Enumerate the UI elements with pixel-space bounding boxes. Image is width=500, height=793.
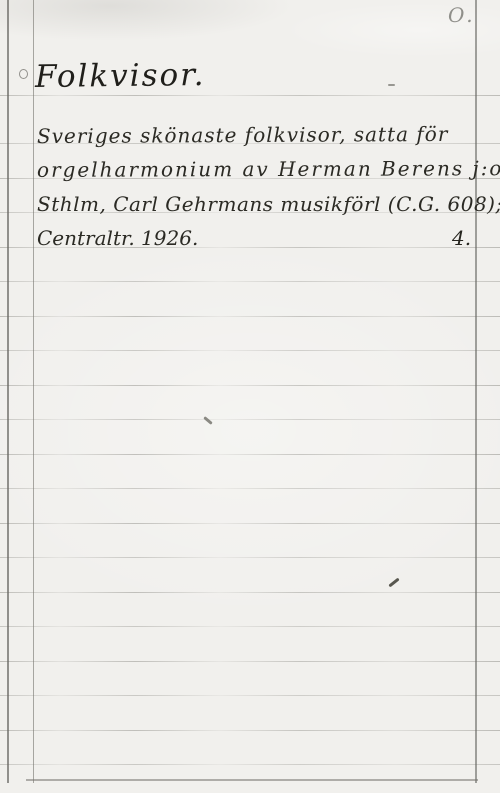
corner-letter-mark: O. <box>448 3 476 27</box>
rule-line <box>0 592 500 593</box>
bottom-edge-line <box>26 779 478 781</box>
ink-stroke-mark <box>388 578 399 588</box>
rule-line <box>0 350 500 351</box>
rule-line <box>0 523 500 524</box>
rule-line <box>0 661 500 662</box>
rule-line <box>0 419 500 420</box>
body-line-3: Sthlm, Carl Gehrmans musikförl (C.G. 608… <box>37 192 500 216</box>
pencil-stroke-mark <box>203 416 213 425</box>
body-line-4: Centraltr. 1926. <box>37 226 198 250</box>
rule-line <box>0 730 500 731</box>
rule-line <box>0 281 500 282</box>
small-dash-mark <box>388 84 395 86</box>
rule-line <box>0 557 500 558</box>
card-title: Folkvisor. <box>35 57 206 95</box>
scanned-catalog-card: O. Folkvisor. Sveriges skönaste folkviso… <box>0 0 500 793</box>
body-line-2: orgelharmonium av Herman Berens j:or. <box>37 156 500 182</box>
margin-circle-mark <box>19 69 28 79</box>
rule-line <box>0 488 500 489</box>
rule-line <box>0 385 500 386</box>
rule-line <box>0 95 500 96</box>
left-margin-line <box>33 0 34 783</box>
rule-line <box>0 695 500 696</box>
page-number: 4. <box>452 226 471 250</box>
body-line-1: Sveriges skönaste folkvisor, satta för <box>37 122 448 148</box>
rule-line <box>0 626 500 627</box>
rule-line <box>0 764 500 765</box>
rule-line <box>0 454 500 455</box>
left-edge-line <box>7 0 9 783</box>
rule-line <box>0 316 500 317</box>
right-edge-line <box>475 0 477 783</box>
